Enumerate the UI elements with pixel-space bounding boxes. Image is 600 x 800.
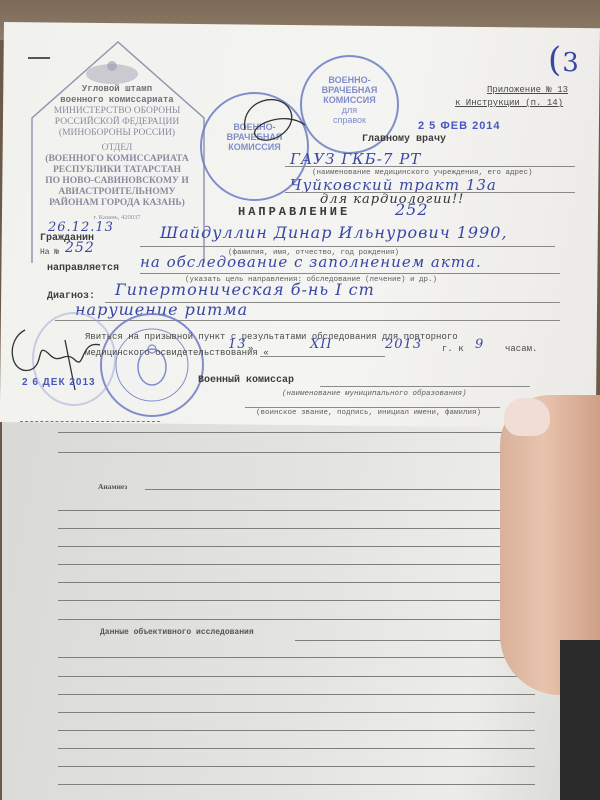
corner-stamp-line: (ВОЕННОГО КОМИССАРИАТА <box>32 154 202 165</box>
corner-stamp-line: АВИАСТРОИТЕЛЬНОМУ <box>32 187 202 198</box>
ruled-line <box>58 546 535 547</box>
underline <box>260 356 385 357</box>
ruled-line <box>58 619 535 620</box>
corner-stamp-line: РАЙОНАМ ГОРОДА КАЗАНЬ) <box>32 198 202 209</box>
ruled-line <box>58 528 535 529</box>
number-label: На № <box>40 248 59 257</box>
return-month: XII <box>310 337 333 352</box>
corner-stamp-line: ПО НОВО-САВИНОВСКОМУ И <box>32 176 202 187</box>
appendix-line2: к Инструкции (п. 14) <box>455 98 563 108</box>
ruled-line <box>58 730 535 731</box>
ruled-line <box>145 489 535 490</box>
fingernail <box>504 398 550 436</box>
underline <box>285 166 575 167</box>
signature-caption: (воинское звание, подпись, инициал имени… <box>256 409 481 417</box>
ruled-line <box>58 676 535 677</box>
corner-stamp-header2: военного комиссариата <box>32 95 202 106</box>
ruled-line <box>58 712 535 713</box>
dark-clothing <box>560 640 600 800</box>
corner-stamp-line: МИНИСТЕРСТВО ОБОРОНЫ <box>32 106 202 117</box>
return-day: 13 <box>228 337 247 352</box>
ruled-line <box>58 784 535 785</box>
ruled-line <box>58 766 535 767</box>
ruled-line <box>58 748 535 749</box>
commissar-caption: (наименование муниципального образования… <box>282 390 467 398</box>
document-lower-sheet <box>2 418 582 800</box>
document-title: НАПРАВЛЕНИЕ <box>238 205 350 219</box>
direction-label: направляется <box>47 263 119 274</box>
number-handwritten: 252 <box>65 240 95 256</box>
corner-stamp-header1: Угловой штамп <box>32 84 202 95</box>
ruled-line <box>295 640 535 641</box>
corner-stamp-line: РЕСПУБЛИКИ ТАТАРСТАН <box>32 165 202 176</box>
commissar-label: Военный комиссар <box>198 375 294 386</box>
objective-label: Данные объективного исследования <box>100 628 254 637</box>
ruled-line <box>58 600 535 601</box>
quote-close: » <box>248 344 253 354</box>
underline <box>320 386 530 387</box>
dashed-cut-line <box>20 421 160 423</box>
direction-handwritten: на обследование с заполнением акта. <box>140 253 482 271</box>
ruled-line <box>58 694 535 695</box>
ruled-line <box>58 452 535 453</box>
eagle-emblem-icon <box>102 315 202 415</box>
corner-stamp-line: ОТДЕЛ <box>32 143 202 154</box>
anamnesis-label: Анамнез <box>98 482 127 491</box>
diagnosis-line1: Гипертоническая б-нь I ст <box>115 280 375 299</box>
corner-stamp-line: РОССИЙСКОЙ ФЕДЕРАЦИИ <box>32 117 202 128</box>
underline <box>140 273 560 274</box>
ruled-line <box>58 432 535 433</box>
appendix-line1: Приложение № 13 <box>487 85 568 95</box>
corner-stamp-line: (МИНОБОРОНЫ РОССИИ) <box>32 128 202 139</box>
year-suffix: г. к <box>442 344 464 354</box>
ruled-line <box>58 510 535 511</box>
page-number: (3 <box>548 40 580 80</box>
hour-suffix: часам. <box>505 344 537 354</box>
signed-date-stamp: 2 6 ДЕК 2013 <box>22 377 96 388</box>
underline <box>140 246 555 247</box>
handwritten-number: 252 <box>395 200 429 219</box>
received-date-stamp: 2 5 ФЕВ 2014 <box>418 120 501 132</box>
return-year: 2013 <box>385 337 422 352</box>
ruled-line <box>58 564 535 565</box>
underline <box>245 407 500 408</box>
citizen-name: Шайдуллин Динар Ильнурович 1990, <box>160 223 508 242</box>
addressee-label: Главному врачу <box>362 134 446 145</box>
return-hour: 9 <box>475 337 484 352</box>
ruled-line <box>58 657 535 658</box>
ruled-line <box>58 582 535 583</box>
